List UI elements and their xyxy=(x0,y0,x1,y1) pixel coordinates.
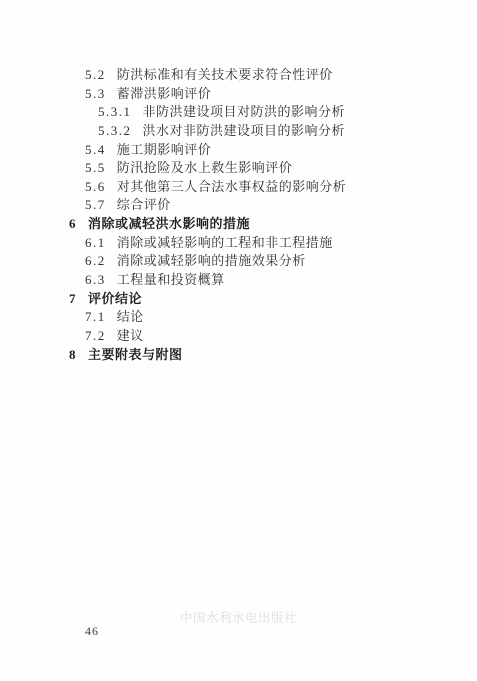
toc-entry-label: 主要附表与附图 xyxy=(88,346,183,365)
toc-entry-5.3: 5.3蓄滞洪影响评价 xyxy=(0,85,477,104)
table-of-contents: 5.2防洪标准和有关技术要求符合性评价5.3蓄滞洪影响评价5.3.1非防洪建设项… xyxy=(0,66,477,364)
toc-entry-number: 5.7 xyxy=(85,196,106,215)
toc-entry-label: 消除或减轻影响的工程和非工程措施 xyxy=(117,234,333,253)
toc-entry-7: 7评价结论 xyxy=(0,290,477,309)
toc-entry-label: 施工期影响评价 xyxy=(117,141,212,160)
toc-entry-label: 消除或减轻影响的措施效果分析 xyxy=(117,252,306,271)
toc-entry-label: 工程量和投资概算 xyxy=(117,271,225,290)
page-number: 46 xyxy=(85,624,99,639)
toc-entry-5.7: 5.7综合评价 xyxy=(0,196,477,215)
toc-entry-number: 8 xyxy=(69,346,77,365)
publisher-watermark: 中国水利水电出版社 xyxy=(0,608,477,626)
toc-entry-5.2: 5.2防洪标准和有关技术要求符合性评价 xyxy=(0,66,477,85)
toc-entry-number: 6.1 xyxy=(85,234,106,253)
toc-entry-6.1: 6.1消除或减轻影响的工程和非工程措施 xyxy=(0,234,477,253)
toc-entry-number: 6.3 xyxy=(85,271,106,290)
document-page: 5.2防洪标准和有关技术要求符合性评价5.3蓄滞洪影响评价5.3.1非防洪建设项… xyxy=(0,0,477,681)
toc-entry-label: 结论 xyxy=(117,308,144,327)
toc-entry-number: 5.4 xyxy=(85,141,106,160)
toc-entry-label: 综合评价 xyxy=(117,196,171,215)
toc-entry-label: 对其他第三人合法水事权益的影响分析 xyxy=(117,178,347,197)
toc-entry-5.3.2: 5.3.2洪水对非防洪建设项目的影响分析 xyxy=(0,122,477,141)
toc-entry-number: 5.3.1 xyxy=(98,103,132,122)
toc-entry-number: 5.3 xyxy=(85,85,106,104)
toc-entry-label: 建议 xyxy=(117,327,144,346)
toc-entry-label: 非防洪建设项目对防洪的影响分析 xyxy=(143,103,346,122)
toc-entry-5.6: 5.6对其他第三人合法水事权益的影响分析 xyxy=(0,178,477,197)
toc-entry-label: 评价结论 xyxy=(88,290,142,309)
toc-entry-number: 6.2 xyxy=(85,252,106,271)
toc-entry-6: 6消除或减轻洪水影响的措施 xyxy=(0,215,477,234)
toc-entry-number: 5.2 xyxy=(85,66,106,85)
toc-entry-5.5: 5.5防汛抢险及水上救生影响评价 xyxy=(0,159,477,178)
toc-entry-number: 7.2 xyxy=(85,327,106,346)
toc-entry-5.4: 5.4施工期影响评价 xyxy=(0,141,477,160)
toc-entry-6.2: 6.2消除或减轻影响的措施效果分析 xyxy=(0,252,477,271)
toc-entry-number: 7 xyxy=(69,290,77,309)
toc-entry-number: 5.3.2 xyxy=(98,122,132,141)
toc-entry-label: 防洪标准和有关技术要求符合性评价 xyxy=(117,66,333,85)
toc-entry-8: 8主要附表与附图 xyxy=(0,346,477,365)
toc-entry-label: 蓄滞洪影响评价 xyxy=(117,85,212,104)
toc-entry-7.2: 7.2建议 xyxy=(0,327,477,346)
toc-entry-number: 5.6 xyxy=(85,178,106,197)
toc-entry-number: 5.5 xyxy=(85,159,106,178)
toc-entry-label: 防汛抢险及水上救生影响评价 xyxy=(117,159,293,178)
toc-entry-6.3: 6.3工程量和投资概算 xyxy=(0,271,477,290)
toc-entry-label: 洪水对非防洪建设项目的影响分析 xyxy=(143,122,346,141)
toc-entry-5.3.1: 5.3.1非防洪建设项目对防洪的影响分析 xyxy=(0,103,477,122)
toc-entry-number: 7.1 xyxy=(85,308,106,327)
toc-entry-label: 消除或减轻洪水影响的措施 xyxy=(88,215,250,234)
toc-entry-number: 6 xyxy=(69,215,77,234)
toc-entry-7.1: 7.1结论 xyxy=(0,308,477,327)
